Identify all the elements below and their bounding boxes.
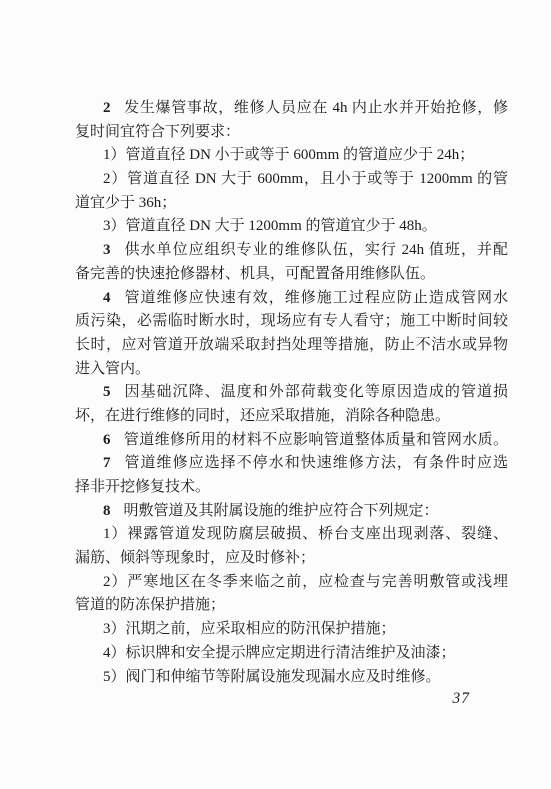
line-text: 5）阀门和伸缩节等附属设施发现漏水应及时维修。	[103, 669, 441, 685]
line-text: 明敷管道及其附属设施的维护应符合下列规定：	[124, 503, 439, 519]
clause-number: 2	[103, 100, 111, 116]
text-line: 择非开挖修复技术。	[75, 476, 508, 500]
line-text: 因基础沉降、温度和外部荷载变化等原因造成的管道损	[124, 384, 509, 400]
line-text: 2）管道直径 DN 大于 600mm，且小于或等于 1200mm 的管	[103, 171, 508, 187]
text-line: 5因基础沉降、温度和外部荷载变化等原因造成的管道损	[75, 381, 508, 405]
line-text: 进入管内。	[75, 361, 150, 377]
text-line: 管道的防冻保护措施；	[75, 594, 508, 618]
text-line: 复时间宜符合下列要求：	[75, 121, 508, 145]
line-text: 管道维修应快速有效，维修施工过程应防止造成管网水	[124, 290, 509, 306]
text-line: 4管道维修应快速有效，维修施工过程应防止造成管网水	[75, 287, 508, 311]
line-text: 3）管道直径 DN 大于 1200mm 的管道宜少于 48h。	[103, 218, 437, 234]
text-line: 进入管内。	[75, 358, 508, 382]
clause-number: 3	[103, 242, 111, 258]
text-line: 质污染，必需临时断水时，现场应有专人看守；施工中断时间较	[75, 310, 508, 334]
page-number: 37	[453, 690, 471, 708]
line-text: 漏筋、倾斜等现象时，应及时修补；	[75, 550, 315, 566]
line-text: 4）标识牌和安全提示牌应定期进行清洁维护及油漆；	[103, 645, 456, 661]
line-text: 复时间宜符合下列要求：	[75, 124, 240, 140]
text-line: 1）管道直径 DN 小于或等于 600mm 的管道应少于 24h；	[75, 144, 508, 168]
text-line: 3）管道直径 DN 大于 1200mm 的管道宜少于 48h。	[75, 215, 508, 239]
text-line: 7管道维修应选择不停水和快速维修方法，有条件时应选	[75, 452, 508, 476]
text-line: 3供水单位应组织专业的维修队伍，实行 24h 值班，并配	[75, 239, 508, 263]
line-text: 发生爆管事故，维修人员应在 4h 内止水并开始抢修，修	[124, 100, 509, 116]
text-line: 备完善的快速抢修器材、机具，可配置备用维修队伍。	[75, 263, 508, 287]
line-text: 1）裸露管道发现防腐层破损、桥台支座出现剥落、裂缝、	[103, 526, 508, 542]
line-text: 道宜少于 36h；	[75, 195, 176, 211]
text-line: 2发生爆管事故，维修人员应在 4h 内止水并开始抢修，修	[75, 97, 508, 121]
document-page: 2发生爆管事故，维修人员应在 4h 内止水并开始抢修，修复时间宜符合下列要求：1…	[0, 0, 551, 789]
clause-number: 7	[103, 455, 111, 471]
line-text: 管道维修所用的材料不应影响管道整体质量和管网水质。	[124, 432, 509, 448]
text-block: 2发生爆管事故，维修人员应在 4h 内止水并开始抢修，修复时间宜符合下列要求：1…	[75, 97, 508, 689]
clause-number: 8	[103, 503, 111, 519]
text-line: 坏，在进行维修的同时，还应采取措施，消除各种隐患。	[75, 405, 508, 429]
clause-number: 5	[103, 384, 111, 400]
line-text: 管道维修应选择不停水和快速维修方法，有条件时应选	[124, 455, 509, 471]
text-line: 2）严寒地区在冬季来临之前，应检查与完善明敷管或浅埋	[75, 571, 508, 595]
line-text: 3）汛期之前，应采取相应的防汛保护措施；	[103, 621, 396, 637]
text-line: 道宜少于 36h；	[75, 192, 508, 216]
line-text: 择非开挖修复技术。	[75, 479, 210, 495]
line-text: 管道的防冻保护措施；	[75, 597, 225, 613]
line-text: 长时，应对管道开放端采取封挡处理等措施，防止不洁水或异物	[75, 337, 508, 353]
line-text: 供水单位应组织专业的维修队伍，实行 24h 值班，并配	[124, 242, 509, 258]
line-text: 1）管道直径 DN 小于或等于 600mm 的管道应少于 24h；	[103, 147, 474, 163]
line-text: 质污染，必需临时断水时，现场应有专人看守；施工中断时间较	[75, 313, 508, 329]
text-line: 2）管道直径 DN 大于 600mm，且小于或等于 1200mm 的管	[75, 168, 508, 192]
line-text: 坏，在进行维修的同时，还应采取措施，消除各种隐患。	[75, 408, 450, 424]
text-line: 4）标识牌和安全提示牌应定期进行清洁维护及油漆；	[75, 642, 508, 666]
text-line: 8明敷管道及其附属设施的维护应符合下列规定：	[75, 500, 508, 524]
text-line: 3）汛期之前，应采取相应的防汛保护措施；	[75, 618, 508, 642]
text-line: 5）阀门和伸缩节等附属设施发现漏水应及时维修。	[75, 666, 508, 690]
line-text: 2）严寒地区在冬季来临之前，应检查与完善明敷管或浅埋	[103, 574, 508, 590]
text-line: 6管道维修所用的材料不应影响管道整体质量和管网水质。	[75, 429, 508, 453]
text-line: 长时，应对管道开放端采取封挡处理等措施，防止不洁水或异物	[75, 334, 508, 358]
line-text: 备完善的快速抢修器材、机具，可配置备用维修队伍。	[75, 266, 435, 282]
clause-number: 4	[103, 290, 111, 306]
clause-number: 6	[103, 432, 111, 448]
text-line: 1）裸露管道发现防腐层破损、桥台支座出现剥落、裂缝、	[75, 523, 508, 547]
text-line: 漏筋、倾斜等现象时，应及时修补；	[75, 547, 508, 571]
